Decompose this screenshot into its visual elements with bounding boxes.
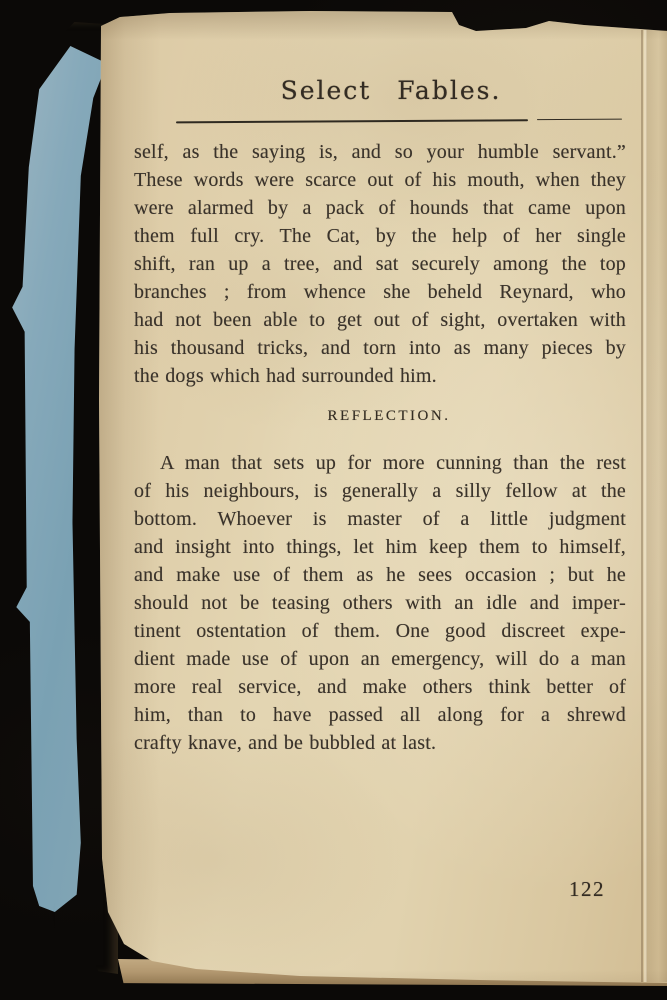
running-header-title: Select Fables.: [134, 76, 626, 105]
reflection-paragraph: A man that sets up for more cunning than…: [134, 449, 626, 757]
text-line: more real service, and make others think…: [134, 673, 626, 701]
printed-content: Select Fables. self, as the saying is, a…: [0, 0, 667, 1000]
text-line: and insight into things, let him keep th…: [134, 533, 626, 561]
reflection-heading: REFLECTION.: [134, 402, 626, 430]
text-line: These words were scarce out of his mouth…: [134, 166, 626, 194]
text-line: should not be teasing others with an idl…: [134, 589, 626, 617]
text-line: shift, ran up a tree, and sat securely a…: [134, 250, 626, 278]
text-line: branches ; from whence she beheld Reynar…: [134, 278, 626, 306]
header-rule: [176, 119, 622, 125]
text-line: them full cry. The Cat, by the help of h…: [134, 222, 626, 250]
text-line: his thousand tricks, and torn into as ma…: [134, 334, 626, 362]
text-line: dient made use of upon an emergency, wil…: [134, 645, 626, 673]
text-line: of his neighbours, is generally a silly …: [134, 477, 626, 505]
text-line: were alarmed by a pack of hounds that ca…: [134, 194, 626, 222]
text-line: tinent ostentation of them. One good dis…: [134, 617, 626, 645]
text-line: crafty knave, and be bubbled at last.: [134, 729, 626, 757]
body-text: self, as the saying is, and so your humb…: [134, 138, 626, 757]
text-line: bottom. Whoever is master of a little ju…: [134, 505, 626, 533]
header-rule-segment-short: [537, 118, 622, 120]
text-line: A man that sets up for more cunning than…: [134, 449, 626, 477]
text-line: self, as the saying is, and so your humb…: [134, 138, 626, 166]
page-number: 122: [569, 877, 605, 902]
text-line: and make use of them as he sees occasion…: [134, 561, 626, 589]
text-line: had not been able to get out of sight, o…: [134, 306, 626, 334]
continued-fable-paragraph: self, as the saying is, and so your humb…: [134, 138, 626, 390]
text-line: the dogs which had surrounded him.: [134, 362, 626, 390]
text-line: him, than to have passed all along for a…: [134, 701, 626, 729]
header-rule-segment-long: [176, 119, 528, 123]
scanned-book-photo: Select Fables. self, as the saying is, a…: [0, 0, 667, 1000]
